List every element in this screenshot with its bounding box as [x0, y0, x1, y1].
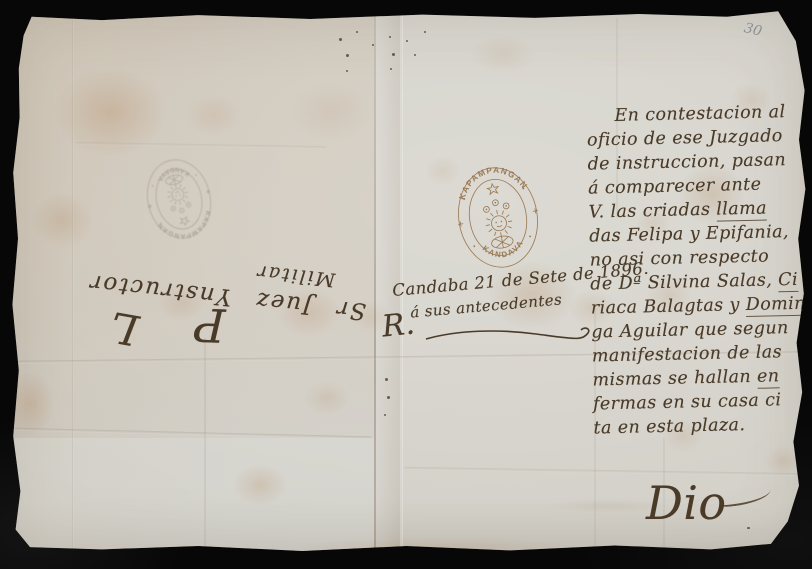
manuscript-line: fermas en su casa ci — [593, 387, 812, 416]
pen-flourish — [424, 326, 596, 344]
sun-face-icon — [484, 208, 515, 239]
ink-speck — [339, 38, 342, 41]
flower-icons — [170, 202, 192, 215]
manuscript-line: de instruccion, pasan — [587, 147, 812, 176]
municipal-stamp: KAPAMPANGAN KANDAVA — [448, 159, 549, 277]
horizontal-crease — [76, 142, 326, 149]
ink-speck — [424, 31, 426, 33]
ink-speck — [372, 44, 374, 46]
center-fold-shadow — [374, 8, 376, 557]
manuscript-line: ta en esta plaza. — [593, 411, 812, 440]
ink-speck — [346, 54, 349, 57]
stamp-top-text: KAPAMPANGAN — [452, 159, 531, 203]
photo-backdrop: KAPAMPANGAN KANDAVA — [0, 0, 812, 569]
ink-speck — [392, 53, 395, 56]
ink-speck — [414, 54, 416, 56]
ink-speck — [356, 31, 358, 33]
fold-stitch-hole — [385, 378, 388, 381]
manuscript-body: En contestacion al oficio de ese Juzgado… — [586, 99, 812, 440]
ink-speck — [346, 70, 348, 72]
left-page-lower-fold — [6, 438, 374, 557]
horizontal-crease — [10, 428, 372, 440]
document-paper: KAPAMPANGAN KANDAVA — [6, 8, 807, 557]
underlined-word: llama — [716, 199, 767, 222]
rubric-flourish: P — [193, 297, 226, 352]
ink-speck — [389, 36, 391, 38]
page-number-pencil: 30 — [742, 20, 763, 40]
vertical-crease — [204, 338, 206, 557]
rubric-flourish: L — [106, 302, 142, 355]
initial-r: R. — [380, 306, 416, 344]
manuscript-line: das Felipa y Epifania, — [589, 219, 812, 248]
signature-dio: Dio — [646, 476, 779, 530]
underlined-word: en — [757, 366, 780, 389]
underlined-word: Ci — [778, 270, 798, 292]
underlined-word: Domin — [746, 294, 807, 317]
fold-stitch-hole — [384, 414, 386, 416]
star-icon — [487, 183, 500, 195]
horizontal-crease — [404, 467, 800, 476]
flower-icons — [482, 198, 509, 213]
fold-stitch-hole — [387, 396, 390, 399]
ink-speck — [406, 40, 408, 42]
ink-speck — [390, 68, 392, 70]
